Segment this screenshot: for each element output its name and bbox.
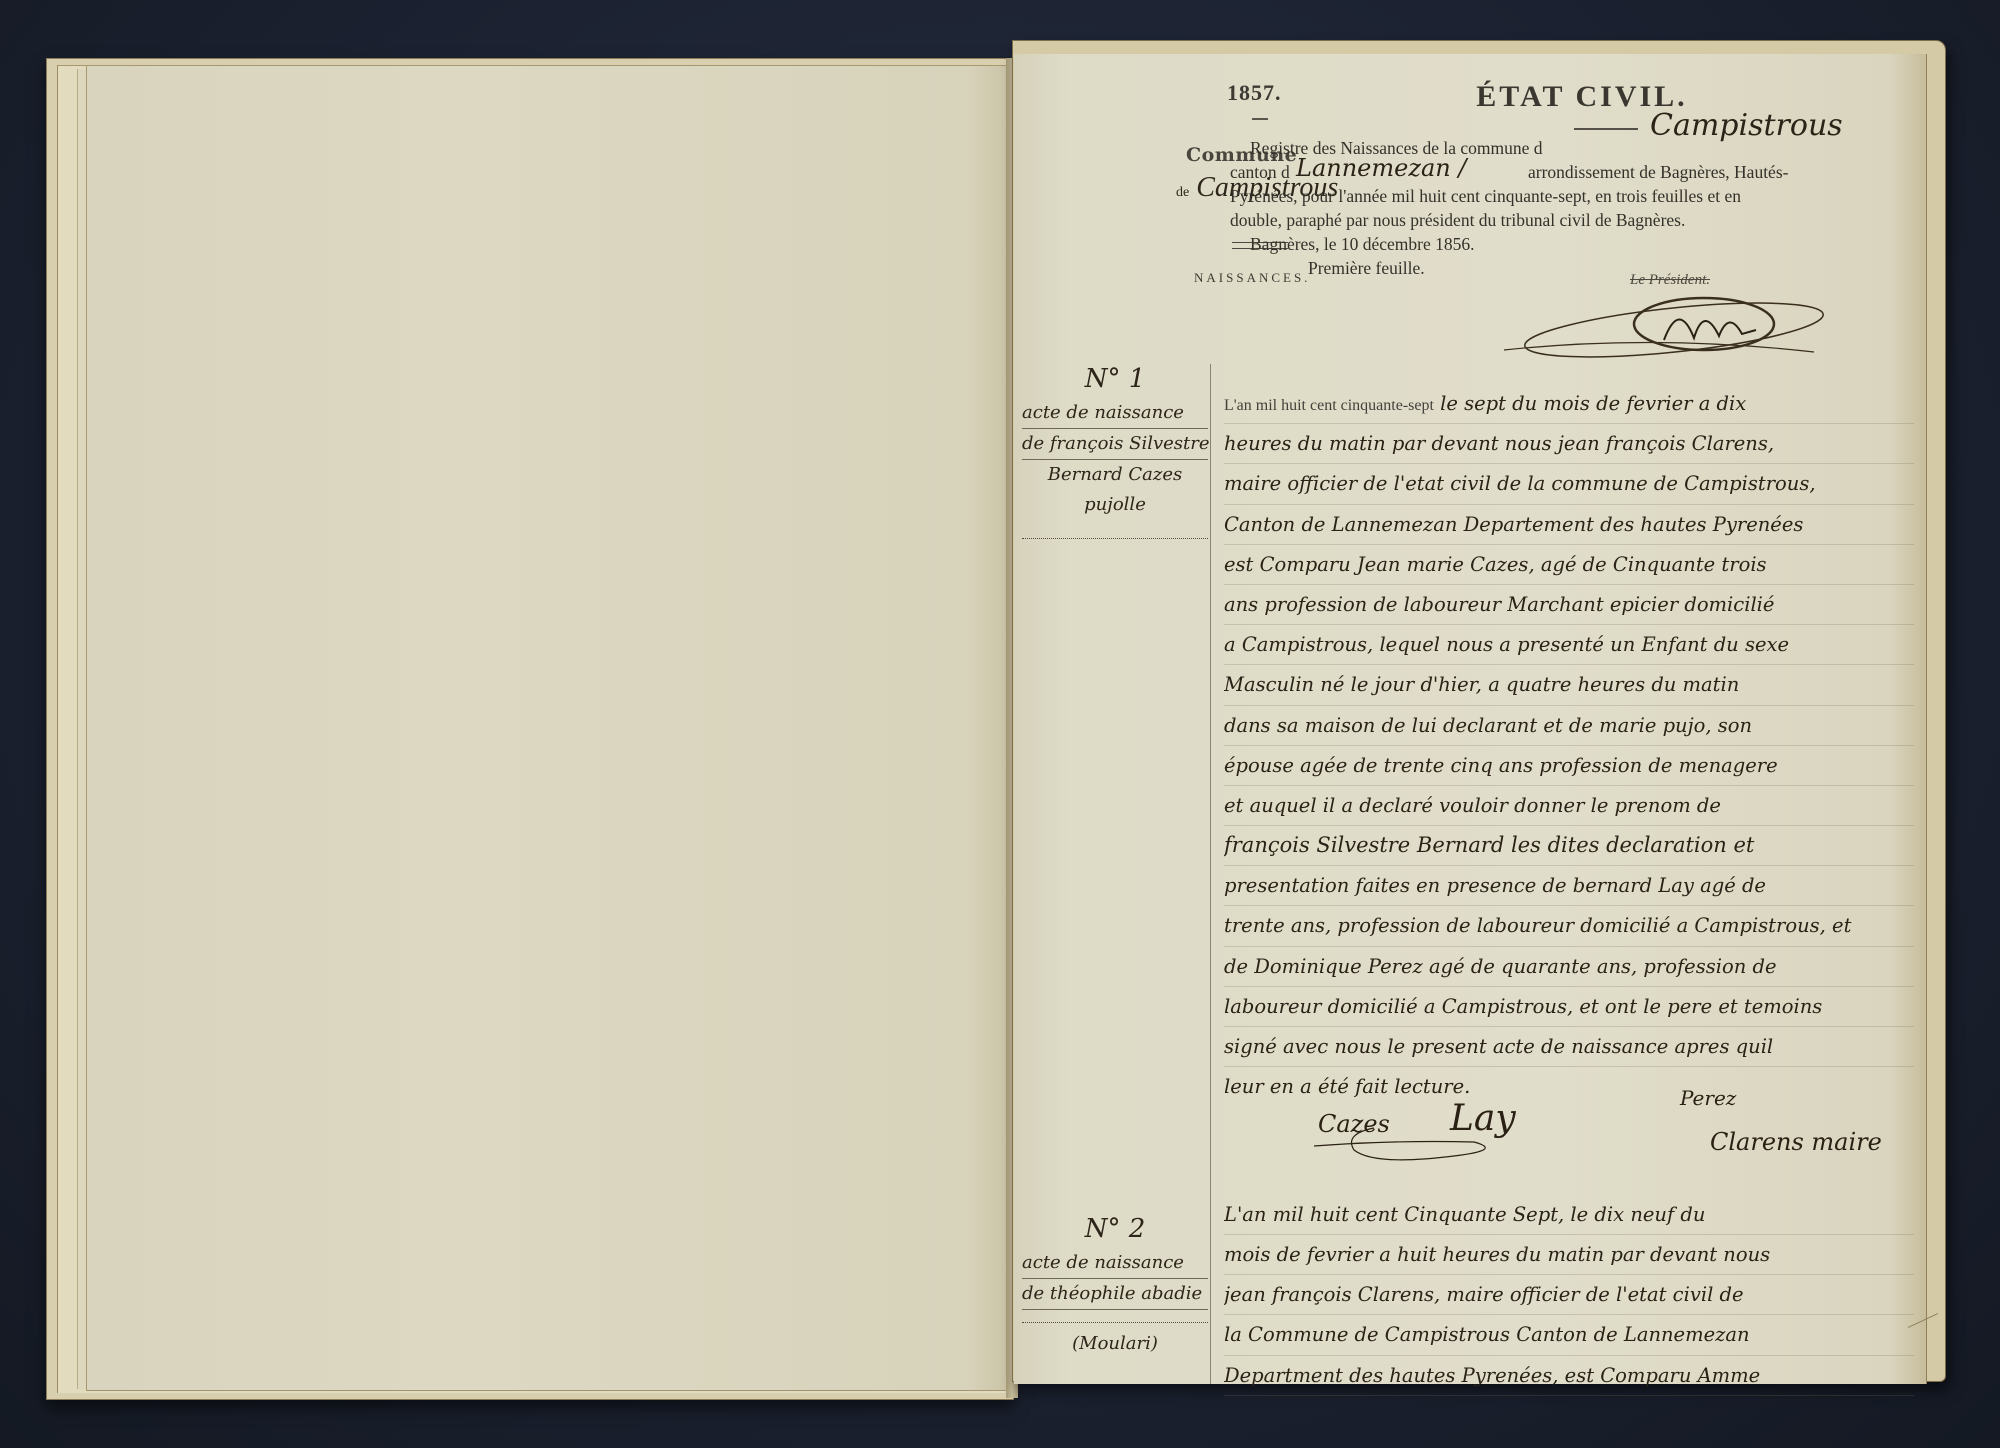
signature-clarens: Clarens maire xyxy=(1710,1128,1882,1156)
left-page-blank xyxy=(86,66,1013,1391)
register-canton-handwritten: Lannemezan / xyxy=(1296,156,1466,180)
entry-number: N° 2 xyxy=(1022,1214,1208,1244)
entry-1-margin: N° 1 acte de naissance de françois Silve… xyxy=(1022,364,1208,539)
signature-flourish-icon xyxy=(1314,1120,1514,1170)
president-label: Le Président. xyxy=(1630,272,1710,289)
margin-flourish xyxy=(1022,528,1208,539)
register-header-text: Registre des Naissances de la commune d … xyxy=(1230,136,1950,280)
register-commune-handwritten: Campistrous xyxy=(1650,114,1843,138)
entry-2-margin: N° 2 acte de naissance de théophile abad… xyxy=(1022,1214,1208,1359)
entry-2-body: L'an mil huit cent Cinquante Sept, le di… xyxy=(1224,1190,1914,1396)
register-year: 1857. xyxy=(1227,80,1282,106)
divider xyxy=(1252,118,1268,120)
right-page: 1857. Commune de Campistrous NAISSANCES.… xyxy=(1014,54,1927,1384)
margin-column-rule xyxy=(1210,364,1211,1384)
title-rule xyxy=(1574,128,1638,130)
margin-flourish xyxy=(1022,1312,1208,1323)
president-signature-icon xyxy=(1494,290,1824,370)
signature-perez: Perez xyxy=(1680,1086,1736,1110)
entry-1-body: L'an mil huit cent cinquante-sept le sep… xyxy=(1224,384,1914,1106)
entry-number: N° 1 xyxy=(1022,364,1208,394)
entry-1-signatures: Cazes Lay Perez Clarens maire xyxy=(1314,1084,1914,1174)
